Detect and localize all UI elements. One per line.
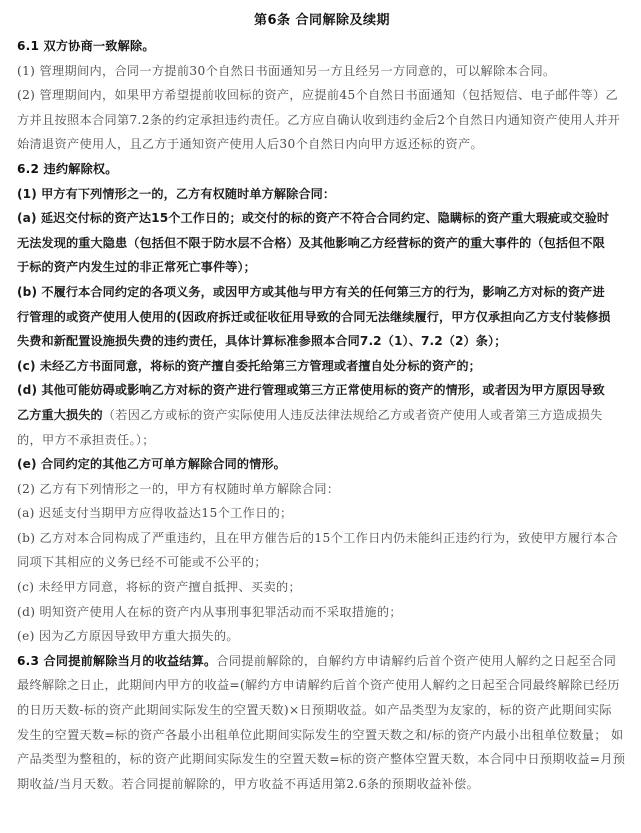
section-6-1-item-2-line-3: 始清退资产使用人，且乙方于通知资产使用人后30个自然日内向甲方返还标的资产。 [17, 132, 625, 157]
clause-2-intro: (2) 乙方有下列情形之一的，甲方有权随时单方解除合同： [17, 477, 625, 502]
article-title: 第6条 合同解除及续期 [17, 10, 627, 32]
clause-1a-line-1: (a) 延迟交付标的资产达15个工作日的；或交付的标的资产不符合合同约定、隐瞒标… [17, 206, 625, 231]
section-6-3-heading: 6.3 合同提前解除当月的收益结算。 [17, 654, 216, 668]
clause-1d-line-2: 乙方重大损失的（若因乙方或标的资产实际使用人违反法律法规给乙方或者资产使用人或者… [17, 403, 625, 428]
contract-page: 第6条 合同解除及续期 6.1 双方协商一致解除。 (1) 管理期间内，合同一方… [17, 10, 627, 796]
section-6-3-body-start: 合同提前解除的，自解约方申请解约后首个资产使用人解约之日起至合同 [216, 654, 616, 668]
clause-1d-line-3: 的，甲方不承担责任。）； [17, 428, 625, 453]
clause-1a-line-2: 无法发现的重大隐患（包括但不限于防水层不合格）及其他影响乙方经营标的资产的重大事… [17, 231, 625, 256]
section-6-2-heading: 6.2 违约解除权。 [17, 157, 625, 182]
section-6-1-item-1: (1) 管理期间内，合同一方提前30个自然日书面通知另一方且经另一方同意的，可以… [17, 59, 625, 84]
clause-1d-bold-part: 乙方重大损失的 [17, 408, 103, 422]
clause-1b-line-1: (b) 不履行本合同约定的各项义务，或因甲方或其他与甲方有关的任何第三方的行为，… [17, 280, 625, 305]
clause-2b-line-1: (b) 乙方对本合同构成了严重违约，且在甲方催告后的15个工作日内仍未能纠正违约… [17, 526, 625, 551]
clause-1d-line-1: (d) 其他可能妨碍或影响乙方对标的资产进行管理或第三方正常使用标的资产的情形，… [17, 378, 625, 403]
section-6-3-line-5: 产品类型为整租的，标的资产此期间实际发生的空置天数=标的资产整体空置天数，本合同… [17, 747, 625, 772]
clause-1c: (c) 未经乙方书面同意，将标的资产擅自委托给第三方管理或者擅自处分标的资产的； [17, 354, 625, 379]
section-6-1-item-2-line-1: (2) 管理期间内，如果甲方希望提前收回标的资产，应提前45个自然日书面通知（包… [17, 83, 625, 108]
section-6-1-heading: 6.1 双方协商一致解除。 [17, 34, 625, 59]
section-6-3-line-6: 期收益/当月天数。若合同提前解除的，甲方收益不再适用第2.6条的预期收益补偿。 [17, 772, 625, 797]
clause-2d: (d) 明知资产使用人在标的资产内从事刑事犯罪活动而不采取措施的； [17, 600, 625, 625]
clause-2b-line-2: 同项下其相应的义务已经不可能或不公平的； [17, 550, 625, 575]
clause-1b-line-3: 失费和新配置设施损失费的违约责任，具体计算标准参照本合同7.2（1）、7.2（2… [17, 329, 625, 354]
clause-2a: (a) 迟延支付当期甲方应得收益达15个工作日的； [17, 501, 625, 526]
clause-1a-line-3: 于标的资产内发生过的非正常死亡事件等）； [17, 255, 625, 280]
section-6-1-item-2-line-2: 方并且按照本合同第7.2条的约定承担违约责任。乙方应自确认收到违约金后2个自然日… [17, 108, 625, 133]
clause-2c: (c) 未经甲方同意，将标的资产擅自抵押、买卖的； [17, 575, 625, 600]
section-6-3-line-2: 最终解除之日止，此期间内甲方的收益=(解约方申请解约后首个资产使用人解约之日起至… [17, 673, 625, 698]
clause-1e: (e) 合同约定的其他乙方可单方解除合同的情形。 [17, 452, 625, 477]
clause-1b-line-2: 行管理的或资产使用人使用的(因政府拆迁或征收征用导致的合同无法继续履行，甲方仅承… [17, 305, 625, 330]
section-6-3-line-4: 发生的空置天数=标的资产各最小出租单位此期间实际发生的空置天数之和/标的资产内最… [17, 723, 625, 748]
clause-1-intro: (1) 甲方有下列情形之一的，乙方有权随时单方解除合同： [17, 182, 625, 207]
clause-2e: (e) 因为乙方原因导致甲方重大损失的。 [17, 624, 625, 649]
section-6-3-line-3: 的日历天数-标的资产此期间实际发生的空置天数)×日预期收益。如产品类型为友家的，… [17, 698, 625, 723]
clause-1d-normal-part: （若因乙方或标的资产实际使用人违反法律法规给乙方或者资产使用人或者第三方造成损失 [103, 408, 603, 422]
section-6-3-line-1: 6.3 合同提前解除当月的收益结算。合同提前解除的，自解约方申请解约后首个资产使… [17, 649, 625, 674]
